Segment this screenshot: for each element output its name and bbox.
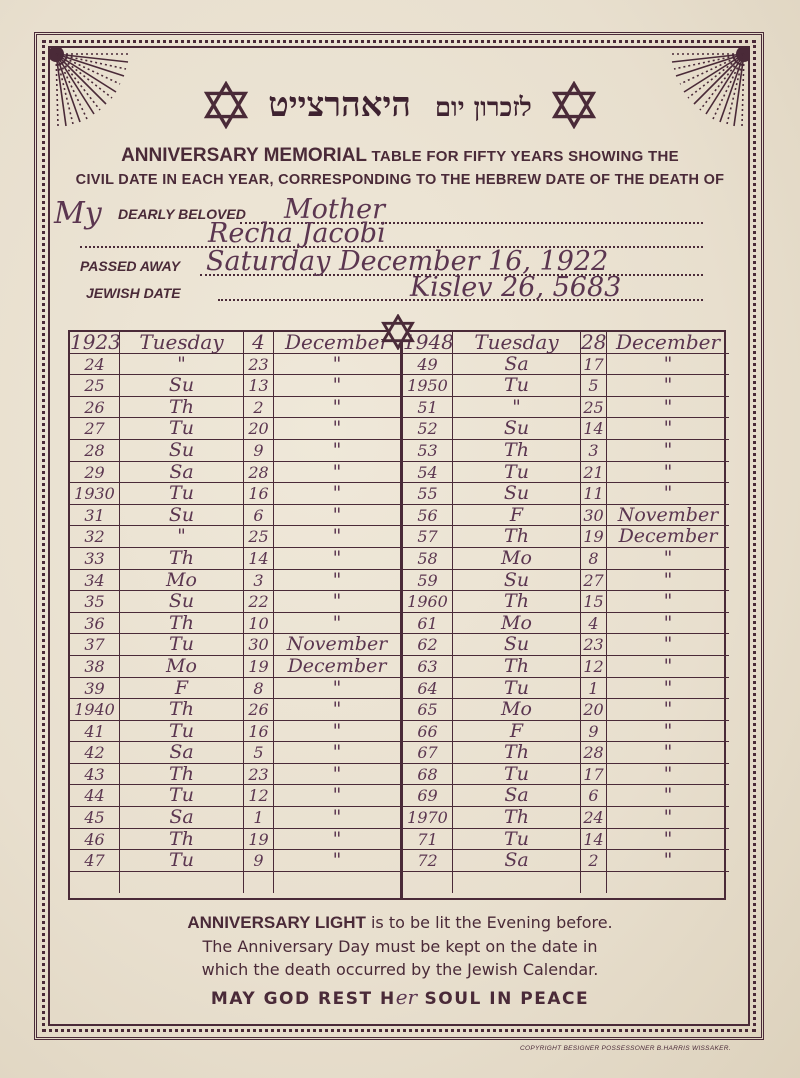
weekday-cell: Sa xyxy=(120,462,244,483)
date-cell: 15 xyxy=(581,591,607,612)
date-cell: 1 xyxy=(581,678,607,699)
table-row: 51"25" xyxy=(403,397,729,419)
weekday-cell: Mo xyxy=(120,570,244,591)
star-of-david-icon xyxy=(380,314,416,350)
table-row: 72Sa2" xyxy=(403,850,729,872)
weekday-cell: Tuesday xyxy=(120,332,244,353)
month-cell: " xyxy=(607,548,729,569)
table-row: 1960Th15" xyxy=(403,591,729,613)
date-cell: 14 xyxy=(244,548,274,569)
table-row: 32"25" xyxy=(70,526,400,548)
year-cell: 56 xyxy=(403,505,453,526)
year-cell: 45 xyxy=(70,807,120,828)
month-cell: " xyxy=(607,570,729,591)
table-row: 68Tu17" xyxy=(403,764,729,786)
year-cell: 1970 xyxy=(403,807,453,828)
table-row: 42Sa5" xyxy=(70,742,400,764)
month-cell: " xyxy=(274,440,400,461)
date-cell: 3 xyxy=(581,440,607,461)
weekday-cell: Th xyxy=(453,656,581,677)
year-cell: 27 xyxy=(70,418,120,439)
date-cell: 14 xyxy=(581,829,607,850)
date-cell: 16 xyxy=(244,721,274,742)
year-cell: 34 xyxy=(70,570,120,591)
date-cell: 2 xyxy=(581,850,607,871)
year-cell xyxy=(70,872,120,894)
weekday-cell: Tu xyxy=(120,785,244,806)
date-cell: 26 xyxy=(244,699,274,720)
month-cell: " xyxy=(607,354,729,375)
table-row: 61Mo4" xyxy=(403,613,729,635)
anniversary-light-rest: is to be lit the Evening before. xyxy=(366,913,613,932)
month-cell: " xyxy=(607,764,729,785)
weekday-cell: Th xyxy=(120,548,244,569)
table-row: 46Th19" xyxy=(70,829,400,851)
weekday-cell: Su xyxy=(120,505,244,526)
month-cell: " xyxy=(607,375,729,396)
table-row: 24"23" xyxy=(70,354,400,376)
date-cell: 24 xyxy=(581,807,607,828)
date-cell: 19 xyxy=(244,656,274,677)
table-row: 27Tu20" xyxy=(70,418,400,440)
month-cell: November xyxy=(607,505,729,526)
table-row: 62Su23" xyxy=(403,634,729,656)
table-row: 65Mo20" xyxy=(403,699,729,721)
year-cell: 72 xyxy=(403,850,453,871)
date-cell: 17 xyxy=(581,354,607,375)
table-row: 1970Th24" xyxy=(403,807,729,829)
month-cell: " xyxy=(274,829,400,850)
weekday-cell: Th xyxy=(120,829,244,850)
date-cell: 6 xyxy=(581,785,607,806)
table-row: 1950Tu5" xyxy=(403,375,729,397)
year-cell: 29 xyxy=(70,462,120,483)
date-cell: 19 xyxy=(244,829,274,850)
month-cell: " xyxy=(274,375,400,396)
weekday-cell: Mo xyxy=(120,656,244,677)
title-row: לזכרון יום היאהרצייט xyxy=(0,70,800,140)
date-cell: 20 xyxy=(244,418,274,439)
month-cell: November xyxy=(274,634,400,655)
date-cell: 19 xyxy=(581,526,607,547)
heading-rest: TABLE FOR FIFTY YEARS SHOWING THE xyxy=(367,148,679,165)
year-cell: 59 xyxy=(403,570,453,591)
month-cell: " xyxy=(607,807,729,828)
table-row: 1923Tuesday4December xyxy=(70,332,400,354)
month-cell: " xyxy=(274,591,400,612)
table-row: 59Su27" xyxy=(403,570,729,592)
weekday-cell: Su xyxy=(120,440,244,461)
month-cell: " xyxy=(274,807,400,828)
deceased-name: Recha Jacobi xyxy=(208,218,386,249)
year-cell: 41 xyxy=(70,721,120,742)
date-cell: 21 xyxy=(581,462,607,483)
year-cell: 1960 xyxy=(403,591,453,612)
date-cell: 25 xyxy=(244,526,274,547)
date-cell: 16 xyxy=(244,483,274,504)
table-row: 52Su14" xyxy=(403,418,729,440)
month-cell: " xyxy=(274,570,400,591)
month-cell: " xyxy=(274,418,400,439)
table-row: 36Th10" xyxy=(70,613,400,635)
table-row: 55Su11" xyxy=(403,483,729,505)
month-cell: " xyxy=(607,397,729,418)
date-cell: 28 xyxy=(581,742,607,763)
table-row: 64Tu1" xyxy=(403,678,729,700)
weekday-cell: Tu xyxy=(120,483,244,504)
year-cell: 68 xyxy=(403,764,453,785)
month-cell: " xyxy=(274,764,400,785)
month-cell: " xyxy=(607,440,729,461)
month-cell: " xyxy=(607,656,729,677)
blessing-pre: MAY GOD REST H xyxy=(211,989,396,1009)
jewish-calendar-note: which the death occurred by the Jewish C… xyxy=(60,960,740,979)
month-cell: " xyxy=(274,526,400,547)
weekday-cell: Th xyxy=(453,440,581,461)
month-cell: " xyxy=(274,721,400,742)
month-cell: " xyxy=(607,462,729,483)
year-cell: 47 xyxy=(70,850,120,871)
table-row: 49Sa17" xyxy=(403,354,729,376)
weekday-cell: Sa xyxy=(453,785,581,806)
year-cell: 37 xyxy=(70,634,120,655)
heading-big: ANNIVERSARY MEMORIAL xyxy=(121,145,367,166)
month-cell: " xyxy=(274,678,400,699)
year-cell: 61 xyxy=(403,613,453,634)
hebrew-title: לזכרון יום היאהרצייט xyxy=(268,85,532,125)
table-row: 57Th19December xyxy=(403,526,729,548)
month-cell: " xyxy=(607,591,729,612)
date-cell: 9 xyxy=(244,440,274,461)
weekday-cell: F xyxy=(120,678,244,699)
table-row: 39F8" xyxy=(70,678,400,700)
month-cell: " xyxy=(274,785,400,806)
table-row: 25Su13" xyxy=(70,375,400,397)
table-row: 56F30November xyxy=(403,505,729,527)
weekday-cell: Tu xyxy=(453,678,581,699)
month-cell: " xyxy=(607,613,729,634)
year-cell: 57 xyxy=(403,526,453,547)
table-row: 54Tu21" xyxy=(403,462,729,484)
year-cell: 69 xyxy=(403,785,453,806)
month-cell xyxy=(274,872,400,894)
weekday-cell: Tu xyxy=(453,375,581,396)
weekday-cell: Th xyxy=(453,742,581,763)
date-cell: 23 xyxy=(244,354,274,375)
memorial-subheading: CIVIL DATE IN EACH YEAR, CORRESPONDING T… xyxy=(60,172,740,188)
table-row: 66F9" xyxy=(403,721,729,743)
jewish-date-value: Kislev 26, 5683 xyxy=(410,272,621,303)
year-cell: 53 xyxy=(403,440,453,461)
weekday-cell: Sa xyxy=(453,354,581,375)
weekday-cell: Tu xyxy=(453,764,581,785)
month-cell: " xyxy=(274,483,400,504)
month-cell: " xyxy=(274,742,400,763)
date-cell: 9 xyxy=(581,721,607,742)
table-row: 71Tu14" xyxy=(403,829,729,851)
table-row: 1948Tuesday28December xyxy=(403,332,729,354)
weekday-cell: Su xyxy=(120,591,244,612)
table-row: 58Mo8" xyxy=(403,548,729,570)
weekday-cell: F xyxy=(453,721,581,742)
blessing-handwritten: er xyxy=(396,985,417,1009)
year-cell: 44 xyxy=(70,785,120,806)
table-row xyxy=(403,872,729,894)
weekday-cell: Sa xyxy=(120,742,244,763)
year-cell: 26 xyxy=(70,397,120,418)
month-cell: " xyxy=(274,548,400,569)
table-row: 35Su22" xyxy=(70,591,400,613)
year-cell: 62 xyxy=(403,634,453,655)
table-row xyxy=(70,872,400,894)
weekday-cell: Tu xyxy=(120,850,244,871)
weekday-cell: Su xyxy=(453,483,581,504)
date-cell: 12 xyxy=(244,785,274,806)
table-right-half: 1948Tuesday28December49Sa17"1950Tu5"51"2… xyxy=(400,332,729,898)
table-row: 38Mo19December xyxy=(70,656,400,678)
table-row: 33Th14" xyxy=(70,548,400,570)
weekday-cell: Th xyxy=(120,397,244,418)
weekday-cell: Th xyxy=(453,526,581,547)
year-cell: 67 xyxy=(403,742,453,763)
weekday-cell: Su xyxy=(453,634,581,655)
anniversary-light-note: ANNIVERSARY LIGHT is to be lit the Eveni… xyxy=(60,913,740,933)
anniversary-light-strong: ANNIVERSARY LIGHT xyxy=(187,913,366,932)
star-of-david-icon xyxy=(202,81,250,129)
year-cell: 39 xyxy=(70,678,120,699)
month-cell: " xyxy=(607,829,729,850)
date-cell: 1 xyxy=(244,807,274,828)
month-cell xyxy=(607,872,729,894)
weekday-cell: Sa xyxy=(453,850,581,871)
date-cell xyxy=(244,872,274,894)
table-row: 63Th12" xyxy=(403,656,729,678)
table-row: 69Sa6" xyxy=(403,785,729,807)
table-row: 1940Th26" xyxy=(70,699,400,721)
date-cell: 6 xyxy=(244,505,274,526)
date-cell xyxy=(581,872,607,894)
table-row: 29Sa28" xyxy=(70,462,400,484)
weekday-cell: Th xyxy=(120,613,244,634)
month-cell: " xyxy=(274,354,400,375)
month-cell: " xyxy=(607,742,729,763)
weekday-cell: Tu xyxy=(120,634,244,655)
year-cell: 28 xyxy=(70,440,120,461)
year-cell: 54 xyxy=(403,462,453,483)
table-row: 37Tu30November xyxy=(70,634,400,656)
year-cell: 24 xyxy=(70,354,120,375)
month-cell: " xyxy=(607,483,729,504)
year-cell: 55 xyxy=(403,483,453,504)
date-cell: 30 xyxy=(244,634,274,655)
month-cell: " xyxy=(274,850,400,871)
year-cell: 38 xyxy=(70,656,120,677)
weekday-cell: Tuesday xyxy=(453,332,581,353)
month-cell: December xyxy=(607,332,729,353)
table-row: 44Tu12" xyxy=(70,785,400,807)
date-cell: 28 xyxy=(244,462,274,483)
weekday-cell: Th xyxy=(120,764,244,785)
year-cell: 33 xyxy=(70,548,120,569)
date-cell: 11 xyxy=(581,483,607,504)
hebrew-title-small: לזכרון יום xyxy=(435,93,532,123)
date-cell: 14 xyxy=(581,418,607,439)
table-row: 28Su9" xyxy=(70,440,400,462)
year-cell: 1940 xyxy=(70,699,120,720)
date-cell: 25 xyxy=(581,397,607,418)
month-cell: December xyxy=(607,526,729,547)
date-cell: 9 xyxy=(244,850,274,871)
date-cell: 4 xyxy=(581,613,607,634)
year-cell: 1930 xyxy=(70,483,120,504)
date-cell: 17 xyxy=(581,764,607,785)
year-cell: 32 xyxy=(70,526,120,547)
year-cell: 58 xyxy=(403,548,453,569)
weekday-cell: Mo xyxy=(453,699,581,720)
anniversary-day-note: The Anniversary Day must be kept on the … xyxy=(60,937,740,956)
table-row: 26Th2" xyxy=(70,397,400,419)
month-cell: " xyxy=(607,699,729,720)
date-cell: 5 xyxy=(244,742,274,763)
month-cell: " xyxy=(274,505,400,526)
weekday-cell: Th xyxy=(453,807,581,828)
year-cell: 64 xyxy=(403,678,453,699)
month-cell: " xyxy=(607,418,729,439)
year-cell: 42 xyxy=(70,742,120,763)
weekday-cell: " xyxy=(120,354,244,375)
year-cell: 52 xyxy=(403,418,453,439)
date-cell: 23 xyxy=(581,634,607,655)
blessing: MAY GOD REST Her SOUL IN PEACE xyxy=(60,985,740,1009)
anniversary-table: 1923Tuesday4December24"23"25Su13"26Th2"2… xyxy=(68,330,726,900)
year-cell: 31 xyxy=(70,505,120,526)
year-cell: 71 xyxy=(403,829,453,850)
table-row: 1930Tu16" xyxy=(70,483,400,505)
date-cell: 28 xyxy=(581,332,607,353)
weekday-cell: " xyxy=(120,526,244,547)
table-row: 41Tu16" xyxy=(70,721,400,743)
weekday-cell: Tu xyxy=(120,418,244,439)
month-cell: " xyxy=(274,613,400,634)
table-row: 67Th28" xyxy=(403,742,729,764)
month-cell: " xyxy=(607,634,729,655)
table-row: 53Th3" xyxy=(403,440,729,462)
year-cell: 1923 xyxy=(70,332,120,353)
weekday-cell: Tu xyxy=(120,721,244,742)
weekday-cell: F xyxy=(453,505,581,526)
year-cell: 25 xyxy=(70,375,120,396)
weekday-cell: Sa xyxy=(120,807,244,828)
weekday-cell xyxy=(453,872,581,894)
weekday-cell: Tu xyxy=(453,462,581,483)
month-cell: December xyxy=(274,656,400,677)
date-cell: 12 xyxy=(581,656,607,677)
date-cell: 8 xyxy=(244,678,274,699)
star-of-david-icon xyxy=(550,81,598,129)
weekday-cell xyxy=(120,872,244,894)
date-cell: 22 xyxy=(244,591,274,612)
date-cell: 13 xyxy=(244,375,274,396)
prefix-handwritten: My xyxy=(54,196,102,231)
month-cell: " xyxy=(274,699,400,720)
table-row: 47Tu9" xyxy=(70,850,400,872)
date-cell: 20 xyxy=(581,699,607,720)
month-cell: " xyxy=(274,397,400,418)
weekday-cell: Mo xyxy=(453,613,581,634)
month-cell: " xyxy=(607,678,729,699)
weekday-cell: Su xyxy=(453,418,581,439)
weekday-cell: Mo xyxy=(453,548,581,569)
table-left-half: 1923Tuesday4December24"23"25Su13"26Th2"2… xyxy=(70,332,400,898)
weekday-cell: Su xyxy=(453,570,581,591)
weekday-cell: " xyxy=(453,397,581,418)
copyright-notice: COPYRIGHT BESIGNER POSSESSONER B.HARRIS … xyxy=(520,1045,770,1052)
month-cell: " xyxy=(607,721,729,742)
year-cell: 49 xyxy=(403,354,453,375)
jewish-date-label: JEWISH DATE xyxy=(86,285,181,301)
memorial-heading: ANNIVERSARY MEMORIAL TABLE FOR FIFTY YEA… xyxy=(60,145,740,167)
year-cell: 43 xyxy=(70,764,120,785)
date-cell: 5 xyxy=(581,375,607,396)
date-cell: 3 xyxy=(244,570,274,591)
table-row: 31Su6" xyxy=(70,505,400,527)
table-row: 43Th23" xyxy=(70,764,400,786)
weekday-cell: Th xyxy=(120,699,244,720)
passed-away-label: PASSED AWAY xyxy=(80,258,180,274)
month-cell: " xyxy=(607,850,729,871)
weekday-cell: Tu xyxy=(453,829,581,850)
date-cell: 27 xyxy=(581,570,607,591)
date-cell: 23 xyxy=(244,764,274,785)
table-row: 45Sa1" xyxy=(70,807,400,829)
month-cell: " xyxy=(274,462,400,483)
hebrew-title-main: היאהרצייט xyxy=(268,85,411,125)
table-row: 34Mo3" xyxy=(70,570,400,592)
year-cell: 46 xyxy=(70,829,120,850)
blessing-post: SOUL IN PEACE xyxy=(417,989,589,1009)
month-cell: " xyxy=(607,785,729,806)
date-cell: 2 xyxy=(244,397,274,418)
date-cell: 4 xyxy=(244,332,274,353)
year-cell: 36 xyxy=(70,613,120,634)
date-cell: 10 xyxy=(244,613,274,634)
weekday-cell: Th xyxy=(453,591,581,612)
weekday-cell: Su xyxy=(120,375,244,396)
year-cell: 65 xyxy=(403,699,453,720)
year-cell: 35 xyxy=(70,591,120,612)
year-cell: 1950 xyxy=(403,375,453,396)
date-cell: 8 xyxy=(581,548,607,569)
date-cell: 30 xyxy=(581,505,607,526)
year-cell xyxy=(403,872,453,894)
year-cell: 66 xyxy=(403,721,453,742)
year-cell: 51 xyxy=(403,397,453,418)
year-cell: 63 xyxy=(403,656,453,677)
